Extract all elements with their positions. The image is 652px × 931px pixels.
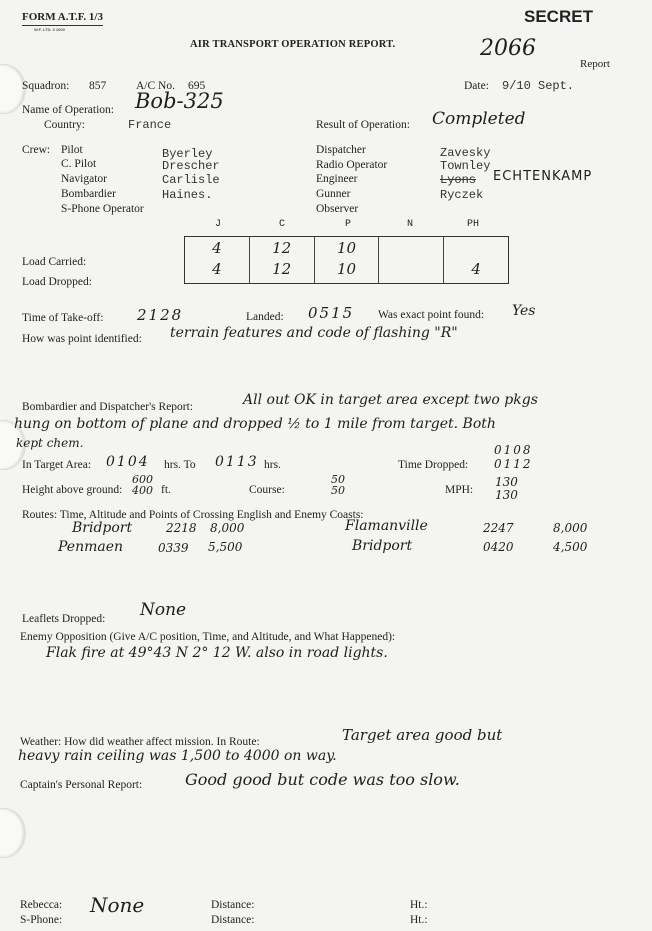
squadron-label: Squadron: xyxy=(22,80,69,92)
route-altitude: 4,500 xyxy=(553,540,587,554)
route-altitude: 5,500 xyxy=(208,540,242,554)
crew-role: S-Phone Operator xyxy=(61,203,144,215)
point-found-value: Yes xyxy=(512,303,536,319)
weather-line: heavy rain ceiling was 1,500 to 4000 on … xyxy=(18,748,337,764)
height-2: 400 xyxy=(132,484,153,497)
classification-stamp: SECRET xyxy=(524,7,593,27)
leaflets-label: Leaflets Dropped: xyxy=(22,613,105,625)
captain-report-label: Captain's Personal Report: xyxy=(20,779,142,791)
result-value: Completed xyxy=(432,109,526,129)
route-time: 2218 xyxy=(166,521,197,535)
enemy-opposition-value: Flak fire at 49°43 N 2° 12 W. also in ro… xyxy=(46,645,388,661)
route-time: 2247 xyxy=(483,521,514,535)
form-id: FORM A.T.F. 1/3 xyxy=(22,11,103,26)
crew-role: Dispatcher xyxy=(316,144,366,156)
mph-label: MPH: xyxy=(445,484,473,496)
rebecca-distance-label: Distance: xyxy=(211,899,254,911)
crew-role: Bombardier xyxy=(61,188,116,200)
height-label: Height above ground: xyxy=(22,484,122,496)
operation-label: Name of Operation: xyxy=(22,104,114,116)
point-found-label: Was exact point found: xyxy=(378,309,484,321)
bombardier-report-label: Bombardier and Dispatcher's Report: xyxy=(22,401,193,413)
report-number: 2066 xyxy=(480,36,536,61)
target-area-hrs-to: hrs. To xyxy=(164,459,196,471)
load-column-header: C xyxy=(279,219,285,230)
crew-name: Townley xyxy=(440,159,490,173)
course-label: Course: xyxy=(249,484,285,496)
load-cell-p: 1010 xyxy=(314,237,379,284)
route-point: Flamanville xyxy=(345,518,428,534)
rebecca-sphone-value: None xyxy=(90,893,144,917)
crew-label: Crew: xyxy=(22,144,50,156)
report-label: Report xyxy=(580,58,610,70)
crew-role: C. Pilot xyxy=(61,158,96,170)
load-cell-n xyxy=(379,237,444,284)
crew-role: Observer xyxy=(316,203,358,215)
load-column-header: P xyxy=(345,219,351,230)
takeoff-value: 2128 xyxy=(137,306,183,324)
form-printer-code: W.F. LTD. 0 1000 xyxy=(34,27,65,32)
weather-line: Target area good but xyxy=(342,726,502,744)
time-dropped-2: 0112 xyxy=(494,457,533,471)
crew-name: Carlisle xyxy=(162,173,220,187)
identified-value: terrain features and code of flashing "R… xyxy=(170,325,458,341)
bombardier-report-line: All out OK in target area except two pkg… xyxy=(243,392,538,408)
load-dropped-label: Load Dropped: xyxy=(22,276,92,288)
sphone-ht-label: Ht.: xyxy=(410,914,428,926)
target-area-from: 0104 xyxy=(106,454,150,470)
course-2: 50 xyxy=(331,484,345,497)
crew-name: Zavesky xyxy=(440,146,490,160)
hole-punch xyxy=(0,808,26,858)
crew-role: Navigator xyxy=(61,173,107,185)
route-time: 0420 xyxy=(483,540,514,554)
crew-name: Haines. xyxy=(162,188,212,202)
country-value: France xyxy=(128,118,171,132)
target-area-hrs: hrs. xyxy=(264,459,281,471)
mph-1: 130 xyxy=(495,475,518,489)
squadron-value: 857 xyxy=(89,80,106,92)
crew-role: Gunner xyxy=(316,188,351,200)
result-label: Result of Operation: xyxy=(316,119,410,131)
date-label: Date: xyxy=(464,80,489,92)
document-title: AIR TRANSPORT OPERATION REPORT. xyxy=(190,39,395,50)
country-label: Country: xyxy=(44,119,85,131)
load-cell-ph: 4 xyxy=(444,237,509,284)
crew-role: Pilot xyxy=(61,144,83,156)
leaflets-value: None xyxy=(140,600,186,620)
sphone-label: S-Phone: xyxy=(20,914,62,926)
route-altitude: 8,000 xyxy=(210,521,244,535)
enemy-opposition-label: Enemy Opposition (Give A/C position, Tim… xyxy=(20,631,395,643)
height-unit: ft. xyxy=(161,484,171,496)
crew-name-struck: Lyons xyxy=(440,173,476,187)
sphone-distance-label: Distance: xyxy=(211,914,254,926)
rebecca-label: Rebecca: xyxy=(20,899,62,911)
route-altitude: 8,000 xyxy=(553,521,587,535)
date-value: 9/10 Sept. xyxy=(502,79,574,93)
route-point: Bridport xyxy=(72,520,132,536)
identified-label: How was point identified: xyxy=(22,333,142,345)
time-dropped-1: 0108 xyxy=(494,443,533,457)
operation-value: Bob-325 xyxy=(135,89,224,113)
target-area-to: 0113 xyxy=(215,454,259,470)
target-area-label: In Target Area: xyxy=(22,459,91,471)
load-table: 44 1212 1010 4 xyxy=(184,236,509,284)
route-point: Penmaen xyxy=(58,539,123,555)
mph-2: 130 xyxy=(495,488,518,502)
takeoff-label: Time of Take-off: xyxy=(22,312,103,324)
weather-label: Weather: How did weather affect mission.… xyxy=(20,736,260,748)
route-time: 0339 xyxy=(158,541,189,555)
load-cell-c: 1212 xyxy=(249,237,314,284)
bombardier-report-line: hung on bottom of plane and dropped ½ to… xyxy=(14,416,496,432)
bombardier-report-line: kept chem. xyxy=(16,436,83,450)
crew-role: Radio Operator xyxy=(316,159,387,171)
load-cell-j: 44 xyxy=(185,237,250,284)
crew-name: Drescher xyxy=(162,159,220,173)
route-point: Bridport xyxy=(352,538,412,554)
crew-name: Ryczek xyxy=(440,188,483,202)
load-column-header: PH xyxy=(467,219,479,230)
crew-name-correction: ECHTENKAMP xyxy=(493,169,592,184)
load-carried-label: Load Carried: xyxy=(22,256,86,268)
load-column-header: N xyxy=(407,219,413,230)
landed-value: 0515 xyxy=(308,304,354,322)
load-column-header: J xyxy=(215,219,221,230)
rebecca-ht-label: Ht.: xyxy=(410,899,428,911)
captain-report-value: Good good but code was too slow. xyxy=(185,770,460,789)
time-dropped-label: Time Dropped: xyxy=(398,459,468,471)
crew-role: Engineer xyxy=(316,173,358,185)
landed-label: Landed: xyxy=(246,311,284,323)
